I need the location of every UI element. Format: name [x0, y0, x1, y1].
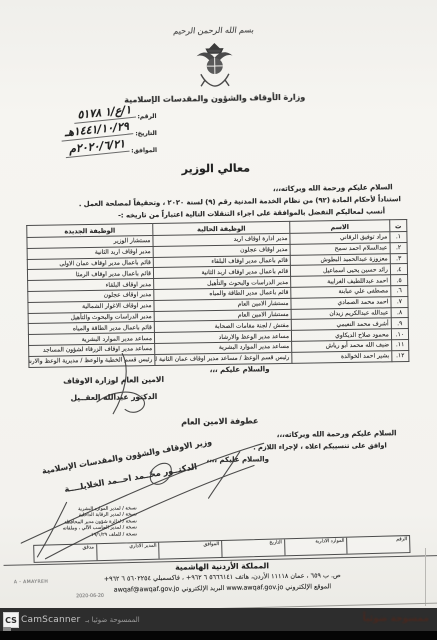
- minister-title: وزير الاوقاف والشؤون والمقدسات الإسلامية: [28, 435, 227, 478]
- routing-stamp-table: الرقمالموارد الاداريةالتاريخالموافقالمدي…: [33, 535, 410, 563]
- camscanner-name: CamScanner: [21, 615, 80, 625]
- routing-cell: الموارد الادارية: [284, 538, 347, 556]
- document-content: بسم الله الرحمن الرحيم وزارة الأوقاف وال…: [0, 0, 437, 615]
- routing-cell: مدقق: [34, 544, 96, 562]
- approval-line: اوافق على تنسيبكم اعلاه ، لإجراء اللازم …: [253, 441, 387, 451]
- salutation-line-2: السلام عليكم ورحمة الله وبركاته،،،: [277, 429, 397, 439]
- camscanner-logo-icon: CS: [3, 612, 19, 628]
- row-number-cell: ١٢.: [392, 350, 409, 361]
- scanned-letter-page: بسم الله الرحمن الرحيم وزارة الأوقاف وال…: [0, 0, 437, 640]
- ref-number-label: الرقم:: [137, 113, 156, 120]
- bottom-black-bar: [0, 631, 437, 640]
- scanner-mark-left: A - AMAYREH: [14, 580, 48, 586]
- routing-cell: التاريخ: [221, 539, 284, 557]
- ref-corresponding-label: الموافق:: [131, 147, 157, 154]
- ref-corresponding-row: الموافق: ٢٠٢٠/٦/٢١م: [7, 139, 157, 156]
- table-header-cell: ت: [390, 220, 407, 232]
- salutation-line: السلام عليكم ورحمة الله وبركاته،،،: [273, 183, 393, 193]
- ref-number-row: الرقم: ١/ع/١ ٥١٧٨: [6, 105, 156, 122]
- row-number-cell: ١١.: [391, 339, 408, 350]
- employee-name-cell: بشير احمد الخوالدة: [292, 351, 392, 363]
- minister-name: الدكتــور محــمد احــمد الخلايلــــة: [31, 456, 230, 500]
- row-number-cell: ٥.: [390, 275, 407, 286]
- paper-crease: [425, 548, 426, 606]
- cc-line: نسخة / للملف ١٩/١/٢٩: [17, 532, 137, 540]
- row-number-cell: ١٠.: [391, 329, 408, 340]
- routing-cell: الموافق: [158, 541, 221, 559]
- reference-block: الرقم: ١/ع/١ ٥١٧٨ التاريخ: ١٤٤١/١٠/٢٩هـ …: [6, 105, 157, 158]
- jordan-coat-of-arms-icon: [0, 37, 433, 96]
- row-number-cell: ٨.: [391, 307, 408, 318]
- scan-date-mark: 2020-06-20: [76, 594, 104, 599]
- row-number-cell: ٢.: [390, 242, 407, 253]
- routing-cell: الرقم: [346, 536, 409, 554]
- minister-signature-block: وزير الاوقاف والشؤون والمقدسات الإسلامية…: [28, 435, 230, 500]
- cc-list: نسخة / لمدير الموارد البشريةنسخة / لمدير…: [17, 506, 137, 540]
- letter-title: معالي الوزير: [0, 159, 434, 179]
- camscanner-arabic-caption: الممسوحة ضوئيا بـ: [85, 616, 139, 624]
- faint-watermark-text: ممسوحة ضوئياً: [363, 614, 429, 624]
- camscanner-band: CS CamScanner الممسوحة ضوئيا بـ ممسوحة ض…: [0, 608, 437, 640]
- addressee-line: عطوفة الامين العام: [1, 414, 437, 430]
- body-line-1: استناداً لأحكام المادة (٩٢) من نظام الخد…: [79, 195, 401, 208]
- ref-date-label: التاريخ:: [135, 130, 157, 137]
- routing-cell: المدير الاداري: [96, 543, 159, 561]
- row-number-cell: ٧.: [391, 296, 408, 307]
- bismillah-calligraphy: بسم الله الرحمن الرحيم: [0, 23, 433, 39]
- row-number-cell: ٩.: [391, 318, 408, 329]
- new-position-cell: رئيس قسم الخطبة والوعظ / مديرية الوعظ وا…: [29, 354, 155, 367]
- row-number-cell: ١.: [390, 232, 407, 243]
- closing-line-1: والسلام عليكم ،،،: [210, 365, 270, 374]
- secretary-general-signature-block: الامين العام لوزارة الاوقاف الدكتور عبدا…: [39, 374, 189, 402]
- body-line-2: أنسب لمعاليكم التفضل بالموافقة على اجراء…: [118, 207, 385, 219]
- row-number-cell: ٤.: [390, 264, 407, 275]
- ref-date-row: التاريخ: ١٤٤١/١٠/٢٩هـ: [7, 122, 157, 139]
- camscanner-watermark: CS CamScanner الممسوحة ضوئيا بـ: [3, 612, 140, 628]
- current-position-cell: رئيس قسم الوعظ / مساعد مدير اوقاف عمان ا…: [155, 352, 292, 365]
- secretary-general-title: الامين العام لوزارة الاوقاف: [39, 374, 189, 385]
- transfers-table: تالاسمالوظيفة الحاليةالوظيفة الجديدة ١. …: [26, 219, 409, 368]
- secretary-general-name: الدكتور عبدالله العقــيل: [39, 391, 189, 402]
- row-number-cell: ٦.: [391, 286, 408, 297]
- row-number-cell: ٣.: [390, 253, 407, 264]
